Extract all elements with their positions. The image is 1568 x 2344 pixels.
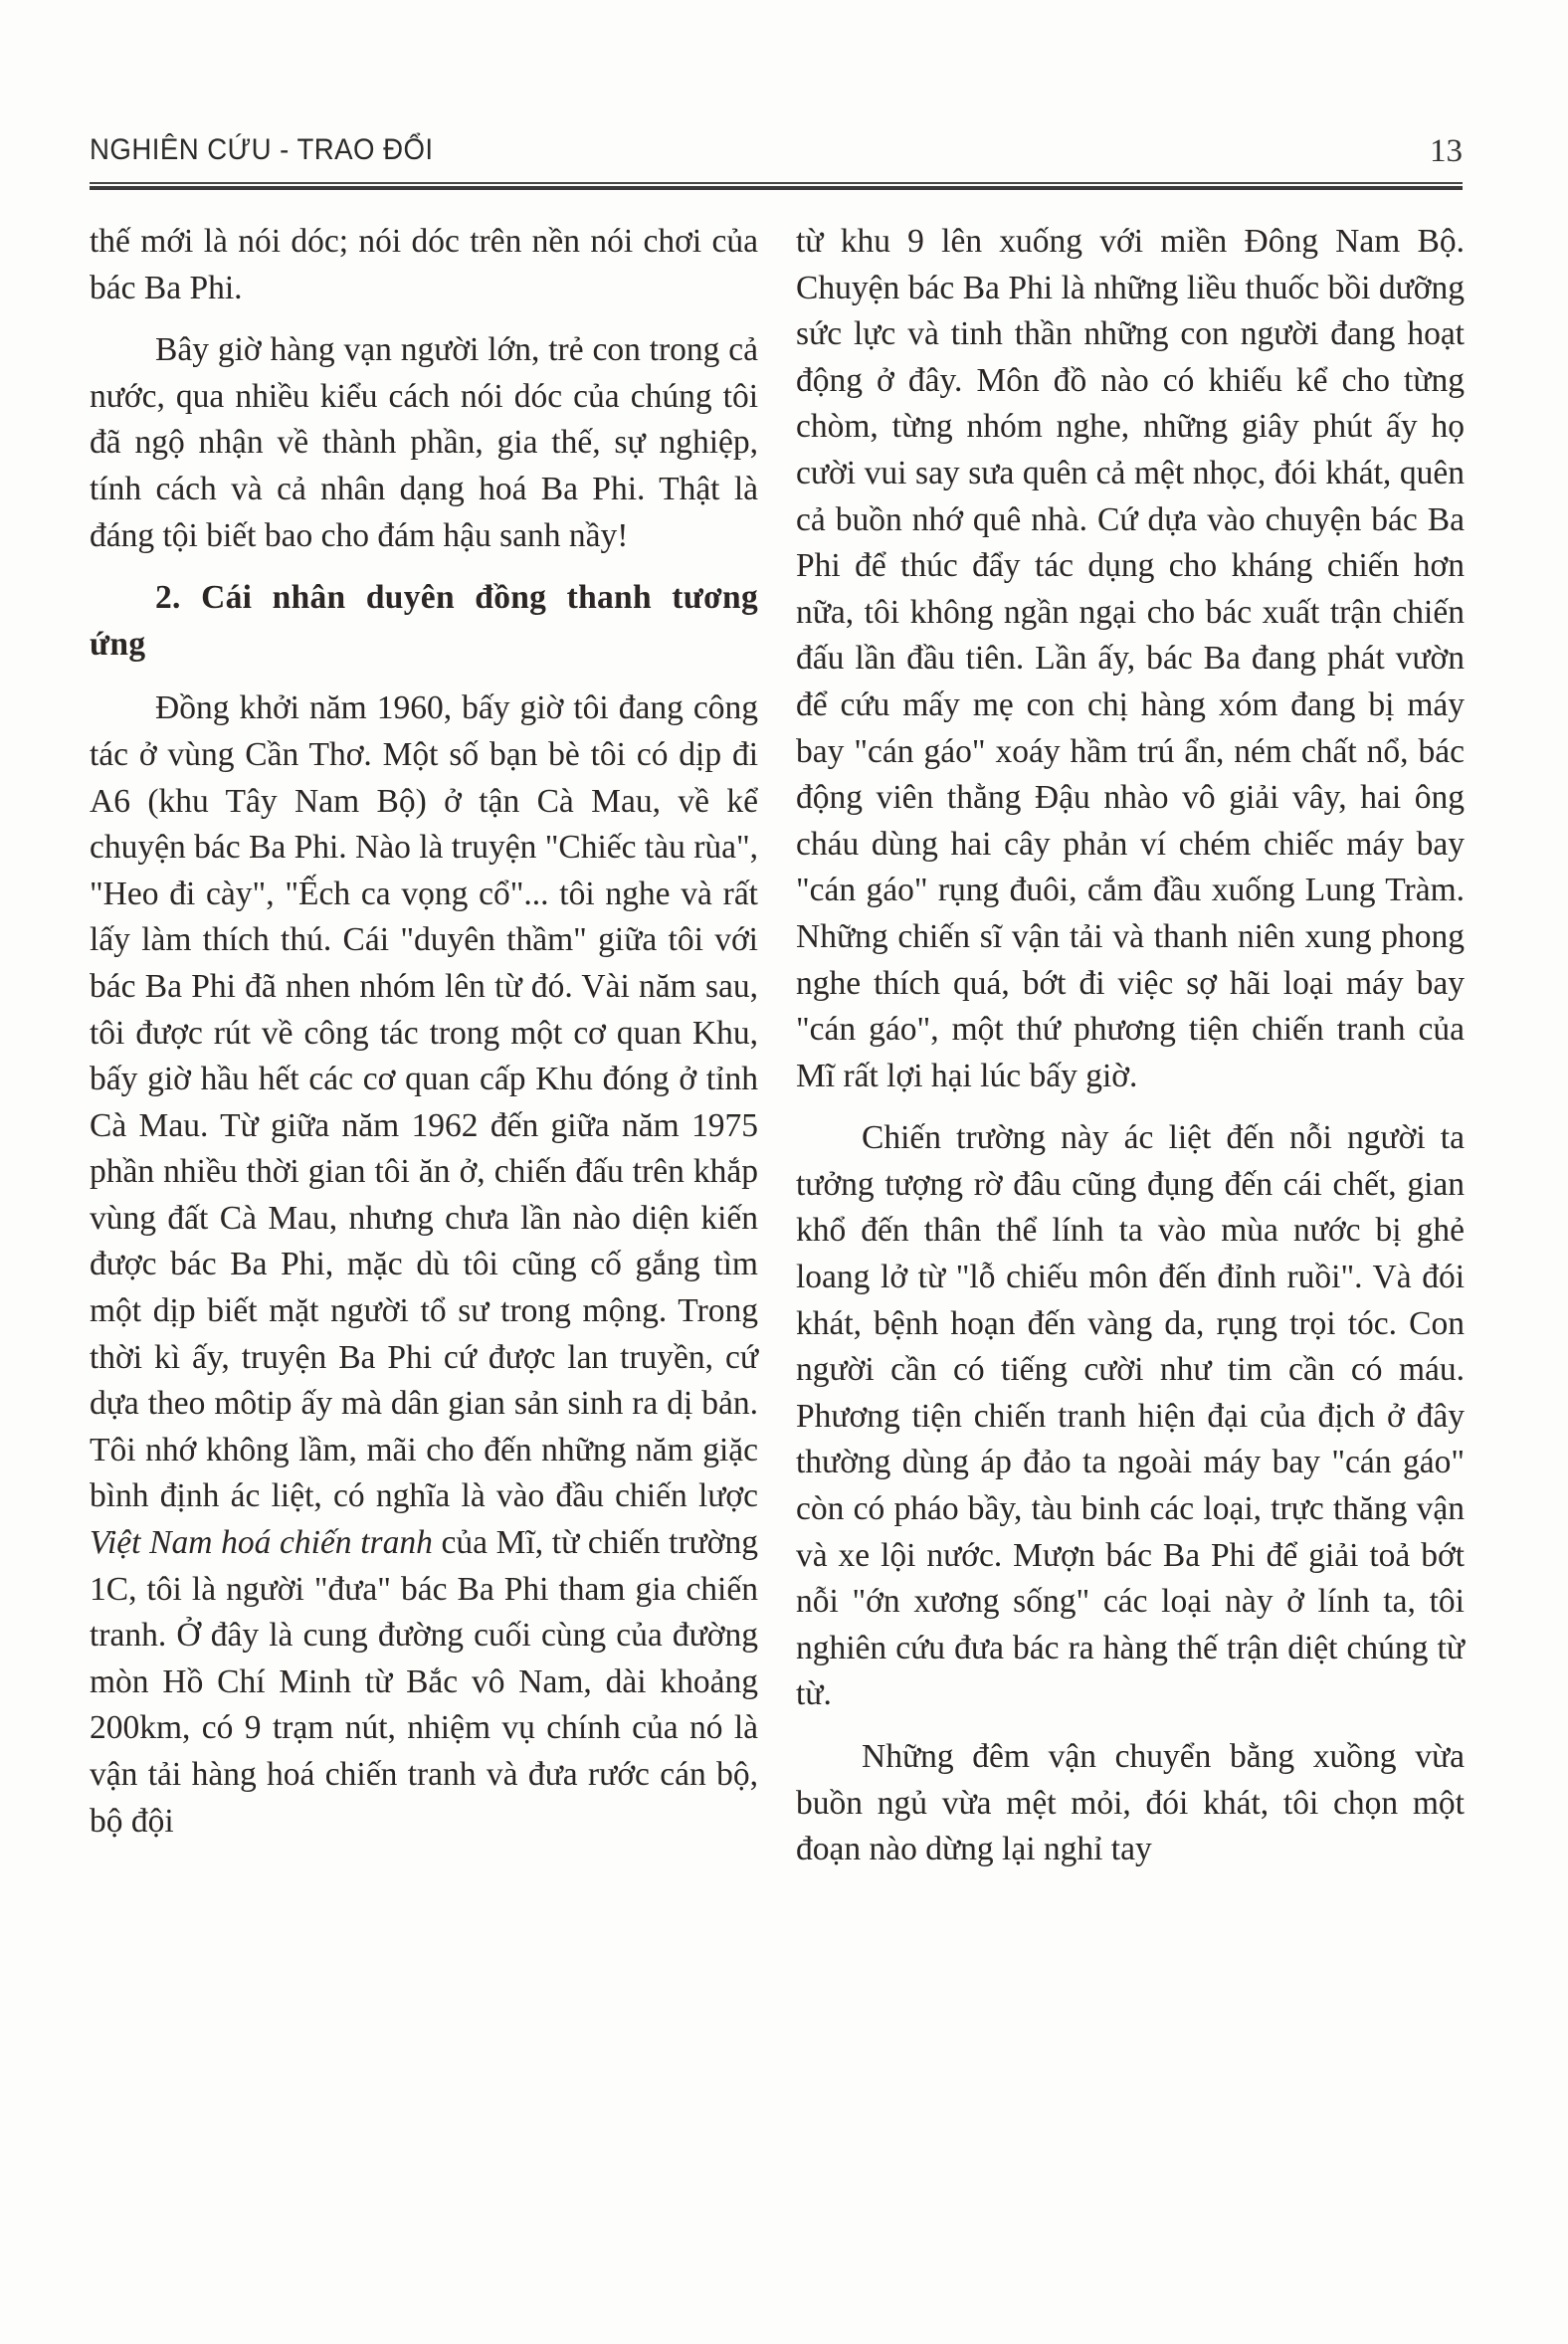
paragraph: từ khu 9 lên xuống với miền Đông Nam Bộ.… [796, 219, 1465, 1099]
paragraph: Đồng khởi năm 1960, bấy giờ tôi đang côn… [90, 685, 758, 1845]
header-rule-thick [90, 186, 1463, 190]
paragraph: Bây giờ hàng vạn người lớn, trẻ con tron… [90, 327, 758, 559]
page-number: 13 [1430, 133, 1463, 170]
running-header: NGHIÊN CỨU - TRAO ĐỔI 13 [90, 133, 1463, 173]
section-heading: 2. Cái nhân duyên đồng thanh tương ứng [90, 575, 758, 668]
header-rule-thin [90, 182, 1463, 184]
section-title: NGHIÊN CỨU - TRAO ĐỔI [90, 133, 434, 167]
paragraph: Chiến trường này ác liệt đến nỗi người t… [796, 1115, 1465, 1718]
paragraph: thế mới là nói dóc; nói dóc trên nền nói… [90, 219, 758, 311]
paragraph-text: Đồng khởi năm 1960, bấy giờ tôi đang côn… [90, 689, 758, 1514]
paragraph: Những đêm vận chuyển bằng xuồng vừa buồn… [796, 1734, 1465, 1873]
paragraph-text: của Mĩ, từ chiến trường 1C, tôi là người… [90, 1524, 758, 1840]
left-column: thế mới là nói dóc; nói dóc trên nền nói… [90, 219, 758, 1860]
right-column: từ khu 9 lên xuống với miền Đông Nam Bộ.… [796, 219, 1465, 1889]
header-rule [90, 182, 1463, 191]
italic-phrase: Việt Nam hoá chiến tranh [90, 1524, 433, 1561]
